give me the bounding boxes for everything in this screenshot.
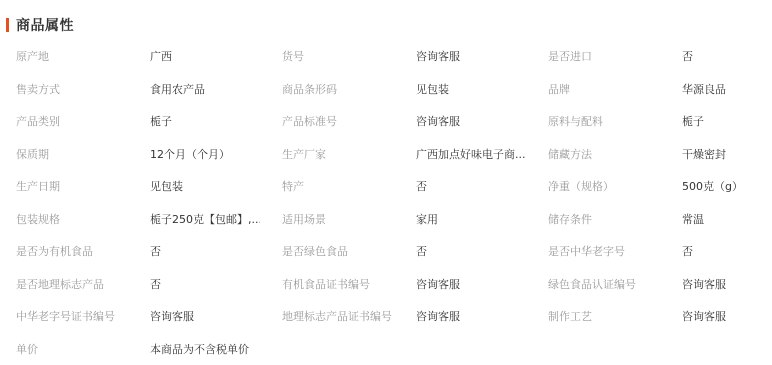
- attribute-value: 广西加点好味电子商...: [416, 145, 526, 165]
- attribute-label: 是否地理标志产品: [16, 275, 144, 295]
- attribute-value: 见包装: [150, 177, 260, 197]
- attribute-label: 原产地: [16, 47, 144, 67]
- attribute-value: 华源良品: [682, 80, 770, 100]
- attribute-label: 储藏方法: [548, 145, 676, 165]
- attribute-label: 商品条形码: [282, 80, 410, 100]
- attribute-value: 咨询客服: [150, 307, 260, 327]
- attribute-value: 食用农产品: [150, 80, 260, 100]
- accent-bar: [6, 18, 9, 32]
- attribute-value: 本商品为不含税单价: [150, 340, 260, 360]
- attribute-value: 咨询客服: [416, 47, 526, 67]
- attribute-value: 否: [416, 242, 526, 262]
- attribute-value: 栀子250克【包邮】,...: [150, 210, 260, 230]
- attribute-row: 产品类别 栀子 产品标准号 咨询客服 原料与配料 栀子: [0, 112, 772, 145]
- attribute-value: 栀子: [150, 112, 260, 132]
- attribute-row: 是否地理标志产品 否 有机食品证书编号 咨询客服 绿色食品认证编号 咨询客服: [0, 275, 772, 308]
- attribute-value: 咨询客服: [416, 112, 526, 132]
- attribute-label: 保质期: [16, 145, 144, 165]
- attribute-value: 否: [416, 177, 526, 197]
- attribute-row: 保质期 12个月（个月） 生产厂家 广西加点好味电子商... 储藏方法 干燥密封: [0, 145, 772, 178]
- attribute-label: 品牌: [548, 80, 676, 100]
- attribute-label: 制作工艺: [548, 307, 676, 327]
- attribute-label: 储存条件: [548, 210, 676, 230]
- attribute-label: 特产: [282, 177, 410, 197]
- attribute-label: 绿色食品认证编号: [548, 275, 676, 295]
- attribute-label: 包装规格: [16, 210, 144, 230]
- attribute-label: 单价: [16, 340, 144, 360]
- attribute-label: 生产日期: [16, 177, 144, 197]
- section-title: 商品属性: [16, 15, 74, 35]
- attribute-value: 干燥密封: [682, 145, 770, 165]
- attribute-label: 适用场景: [282, 210, 410, 230]
- attribute-row: 售卖方式 食用农产品 商品条形码 见包装 品牌 华源良品: [0, 80, 772, 113]
- attribute-value: 咨询客服: [416, 307, 526, 327]
- attribute-value: 500克（g）: [682, 177, 770, 197]
- attribute-row: 生产日期 见包装 特产 否 净重（规格） 500克（g）: [0, 177, 772, 210]
- attribute-label: 有机食品证书编号: [282, 275, 410, 295]
- attribute-value: 咨询客服: [682, 275, 770, 295]
- attribute-label: 生产厂家: [282, 145, 410, 165]
- attribute-value: 家用: [416, 210, 526, 230]
- attribute-value: 12个月（个月）: [150, 145, 260, 165]
- attribute-value: 否: [682, 242, 770, 262]
- attribute-label: 原料与配料: [548, 112, 676, 132]
- attribute-value: 广西: [150, 47, 260, 67]
- attribute-row: 单价 本商品为不含税单价: [0, 340, 772, 365]
- attribute-label: 地理标志产品证书编号: [282, 307, 410, 327]
- attribute-label: 中华老字号证书编号: [16, 307, 144, 327]
- attribute-value: 咨询客服: [682, 307, 770, 327]
- attribute-value: 常温: [682, 210, 770, 230]
- attributes-grid: 原产地 广西 货号 咨询客服 是否进口 否 售卖方式 食用农产品 商品条形码 见…: [0, 47, 772, 365]
- attribute-row: 是否为有机食品 否 是否绿色食品 否 是否中华老字号 否: [0, 242, 772, 275]
- attribute-label: 货号: [282, 47, 410, 67]
- attribute-label: 产品类别: [16, 112, 144, 132]
- attribute-label: 净重（规格）: [548, 177, 676, 197]
- attribute-label: 是否为有机食品: [16, 242, 144, 262]
- attribute-value: 咨询客服: [416, 275, 526, 295]
- attribute-label: 是否中华老字号: [548, 242, 676, 262]
- attribute-label: 产品标准号: [282, 112, 410, 132]
- attribute-value: 否: [150, 275, 260, 295]
- attribute-label: 是否进口: [548, 47, 676, 67]
- attribute-row: 中华老字号证书编号 咨询客服 地理标志产品证书编号 咨询客服 制作工艺 咨询客服: [0, 307, 772, 340]
- attribute-row: 原产地 广西 货号 咨询客服 是否进口 否: [0, 47, 772, 80]
- attribute-row: 包装规格 栀子250克【包邮】,... 适用场景 家用 储存条件 常温: [0, 210, 772, 243]
- attribute-value: 见包装: [416, 80, 526, 100]
- section-header: 商品属性: [6, 15, 74, 35]
- attribute-value: 否: [150, 242, 260, 262]
- attribute-label: 是否绿色食品: [282, 242, 410, 262]
- attribute-value: 栀子: [682, 112, 770, 132]
- attribute-label: 售卖方式: [16, 80, 144, 100]
- attribute-value: 否: [682, 47, 770, 67]
